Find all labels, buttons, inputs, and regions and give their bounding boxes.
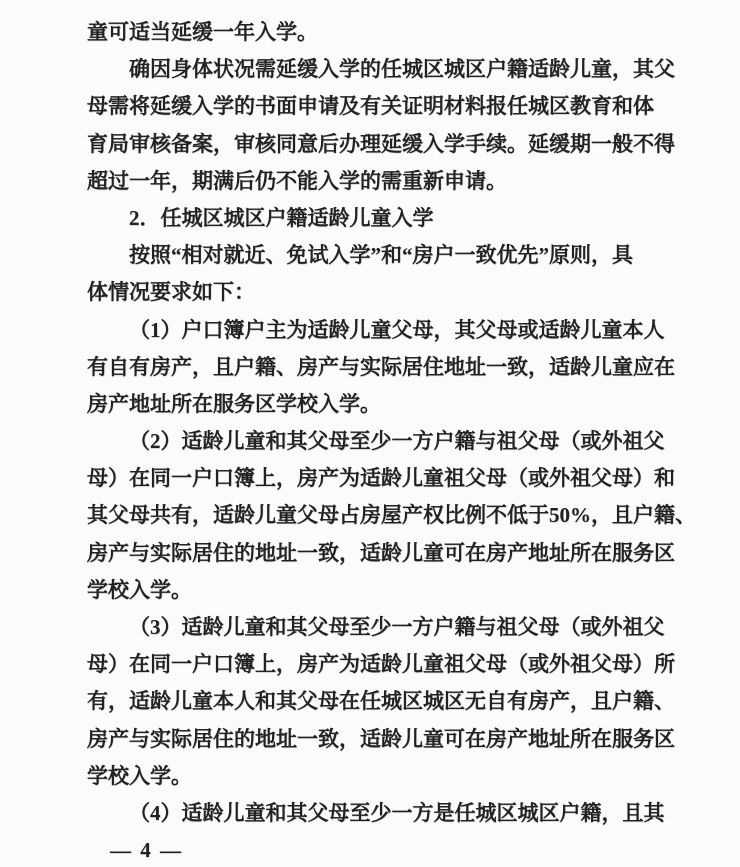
text-run: 房产地址所在服务区学校入学。 [87,392,381,416]
page-number: — 4 — [110,832,183,867]
text-run: 确因身体状况需延缓入学的任城区城区户籍适龄儿童，其父 [129,57,675,81]
text-run: （2）适龄儿童和其父母至少一方户籍与祖父母（或外祖父 [129,429,665,453]
text-run: 学校入学。 [87,578,192,602]
text-run: 按照“相对就近、免试入学”和“房户一致优先”原则，具 [129,243,633,267]
text-line: 育局审核备案，审核同意后办理延缓入学手续。延缓期一般不得 [87,126,672,163]
text-line: （1）户口簿户主为适龄儿童父母，其父母或适龄儿童本人 [87,312,672,349]
text-line: 体情况要求如下： [87,274,672,311]
text-line: 有，适龄儿童本人和其父母在任城区城区无自有房产，且户籍、 [87,683,672,720]
scanned-document-page: 童可适当延缓一年入学。确因身体状况需延缓入学的任城区城区户籍适龄儿童，其父母需将… [0,0,740,867]
text-line: （2）适龄儿童和其父母至少一方户籍与祖父母（或外祖父 [87,423,672,460]
text-line: 其父母共有，适龄儿童父母占房屋产权比例不低于50%，且户籍、 [87,497,672,534]
text-run: 2．任城区城区户籍适龄儿童入学 [129,206,434,230]
text-run: 有，适龄儿童本人和其父母在任城区城区无自有房产，且户籍、 [87,689,675,713]
text-run: 体情况要求如下： [87,280,255,304]
text-line: 有自有房产，且户籍、房产与实际居住地址一致，适龄儿童应在 [87,349,672,386]
text-run: 母）在同一户口簿上，房产为适龄儿童祖父母（或外祖父母）和 [87,466,675,490]
text-line: 母）在同一户口簿上，房产为适龄儿童祖父母（或外祖父母）和 [87,460,672,497]
text-run: %，且户籍、 [570,503,696,527]
text-line: 学校入学。 [87,758,672,795]
text-run: 其父母共有，适龄儿童父母占房屋产权比例不低于 [87,503,549,527]
text-line: （3）适龄儿童和其父母至少一方户籍与祖父母（或外祖父 [87,609,672,646]
text-line: 母需将延缓入学的书面申请及有关证明材料报任城区教育和体 [87,88,672,125]
text-run: 学校入学。 [87,764,192,788]
text-line: 超过一年，期满后仍不能入学的需重新申请。 [87,163,672,200]
text-run: 童可适当延缓一年入学。 [87,20,318,44]
bold-number: 50 [549,503,570,527]
text-run: 育局审核备案，审核同意后办理延缓入学手续。延缓期一般不得 [87,132,675,156]
text-line: 童可适当延缓一年入学。 [87,14,672,51]
text-line: 房产与实际居住的地址一致，适龄儿童可在房产地址所在服务区 [87,535,672,572]
text-line: （4）适龄儿童和其父母至少一方是任城区城区户籍，且其 [87,795,672,832]
text-line: 房产与实际居住的地址一致，适龄儿童可在房产地址所在服务区 [87,721,672,758]
text-line: 确因身体状况需延缓入学的任城区城区户籍适龄儿童，其父 [87,51,672,88]
text-line: 母）在同一户口簿上，房产为适龄儿童祖父母（或外祖父母）所 [87,646,672,683]
text-run: 房产与实际居住的地址一致，适龄儿童可在房产地址所在服务区 [87,541,675,565]
text-line: 按照“相对就近、免试入学”和“房户一致优先”原则，具 [87,237,672,274]
text-run: 母）在同一户口簿上，房产为适龄儿童祖父母（或外祖父母）所 [87,652,675,676]
text-line: 学校入学。 [87,572,672,609]
text-run: 母需将延缓入学的书面申请及有关证明材料报任城区教育和体 [87,94,654,118]
section-heading: 2．任城区城区户籍适龄儿童入学 [87,200,672,237]
text-run: 房产与实际居住的地址一致，适龄儿童可在房产地址所在服务区 [87,727,675,751]
text-line: 房产地址所在服务区学校入学。 [87,386,672,423]
text-run: （1）户口簿户主为适龄儿童父母，其父母或适龄儿童本人 [129,318,665,342]
text-run: 超过一年，期满后仍不能入学的需重新申请。 [87,169,507,193]
document-body: 童可适当延缓一年入学。确因身体状况需延缓入学的任城区城区户籍适龄儿童，其父母需将… [87,14,672,832]
text-run: （3）适龄儿童和其父母至少一方户籍与祖父母（或外祖父 [129,615,665,639]
text-run: （4）适龄儿童和其父母至少一方是任城区城区户籍，且其 [129,801,665,825]
text-run: 有自有房产，且户籍、房产与实际居住地址一致，适龄儿童应在 [87,355,675,379]
